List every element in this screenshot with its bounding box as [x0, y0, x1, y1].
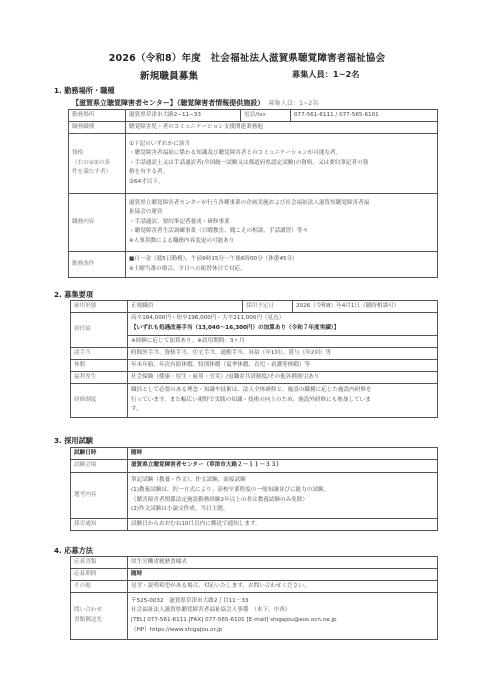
holiday-value: 年末年始、年次有給休暇、特別休暇（夏季休暇、育児・看護等休暇）等 [128, 360, 438, 372]
phone-value: 077-561-6111 / 077-565-6101 [291, 110, 438, 122]
other-label: その他 [71, 581, 128, 593]
contact-tel-email[interactable]: [TEL] 077-561-6111 [FAX] 077-565-6101 [E… [131, 616, 434, 626]
welfare-value: 社会保険（健康・厚生・雇用・労災）/退職金共済制度/その他各種割引あり [128, 372, 438, 384]
section-2-table: 雇用形態 正規職員 採用予定日 2026（令和8）年4月1日（随時相談可） 初任… [70, 300, 438, 418]
section-1-heading: 1. 勤務場所・職種 [54, 86, 115, 96]
page-subtitle: 新規職員募集 [140, 68, 198, 82]
contact-value: 〒525-0032 滋賀県草津市大路2丁目11－33 社会福祉法人滋賀県聴覚障害… [128, 593, 438, 640]
documents-value: 厚生労働省履歴書様式 [128, 557, 438, 569]
section-2-heading: 2. 募集要項 [54, 290, 93, 300]
recruit-count: 募集人員：1~2名 [292, 69, 360, 80]
salary-note: ※経験に応じて加算あり。※試用期間：3ヶ月 [128, 336, 438, 348]
employment-label: 雇用形態 [71, 301, 128, 313]
conditions-value: ■月～金（週5日勤務）、午前9時15分～午後6時00分（休憩45分） ※土曜当番… [126, 252, 438, 278]
documents-label: 応募書類 [71, 557, 128, 569]
allowance-label: 諸手当 [71, 348, 128, 360]
employment-value: 正規職員 [128, 301, 243, 313]
job-label: 職務職種 [69, 122, 126, 134]
other-value: 見学・説明希望がある場合、対応いたします。お問い合わせください。 [128, 581, 438, 593]
notice-value: 試験日からおおむね10日以内に郵送で通知します。 [128, 519, 438, 531]
duty-label: 職務内容 [69, 194, 126, 252]
notice-label: 採否通知 [71, 519, 128, 531]
section-3-heading: 3. 採用試験 [54, 436, 93, 446]
period-value: 随時 [128, 569, 438, 581]
facility-count: 募集人員：1~2名 [268, 100, 318, 107]
qualification-value: ①下記のいずれかに該当 ・聴覚障害者福祉に係わる知識及び聴覚障害者とのコミュニケ… [126, 134, 438, 194]
qualification-label: 資格 （右の①②の条 件を満たす者） [69, 134, 126, 194]
period-label: 応募期間 [71, 569, 128, 581]
duty-value: 滋賀県立聴覚障害者センターが行う各種事業の企画実施および社会福祉法人滋賀県聴覚障… [126, 194, 438, 252]
location-value: 滋賀県草津市大路2−11−33 [126, 110, 241, 122]
section-1-table: 勤務場所 滋賀県草津市大路2−11−33 電話/fax 077-561-6111… [68, 109, 438, 278]
phone-label: 電話/fax [241, 110, 291, 122]
facility-name: 【滋賀県立聴覚障害者センター】（聴覚障害者情報提供施設） [72, 99, 264, 107]
section-4-heading: 4. 応募方法 [54, 546, 93, 556]
salary-value: 高卒184,000円・短卒196,000円・大卒211,000円（見込） 【いず… [128, 313, 438, 336]
facility-heading: 【滋賀県立聴覚障害者センター】（聴覚障害者情報提供施設）募集人員：1~2名 [72, 98, 318, 108]
selection-label: 選考内容 [71, 473, 128, 519]
start-date-label: 採用予定日 [243, 301, 293, 313]
holiday-label: 休暇 [71, 360, 128, 372]
exam-date-label: 試験日時 [71, 448, 128, 460]
exam-date-value: 随時 [128, 448, 438, 460]
homepage-link[interactable]: （HP）https://www.shigajou.or.jp [131, 626, 434, 636]
job-value: 聴覚障害児・者のコミュニケーション支援関連業務他 [126, 122, 438, 134]
exam-venue-label: 試験会場 [71, 460, 128, 473]
location-label: 勤務場所 [69, 110, 126, 122]
page-title: 2026（令和8）年度 社会福祉法人滋賀県聴覚障害者福祉協会 [0, 50, 494, 64]
exam-venue-value: 滋賀県立聴覚障害者センター（草津市大路２－１１－３３） [128, 460, 438, 473]
section-3-table: 試験日時 随時 試験会場 滋賀県立聴覚障害者センター（草津市大路２－１１－３３）… [70, 447, 438, 531]
welfare-label: 福利厚生 [71, 372, 128, 384]
start-date-value: 2026（令和8）年4月1日（随時相談可） [293, 301, 438, 313]
conditions-label: 勤務条件 [69, 252, 126, 278]
contact-label: 問い合わせ 書類郵送先 [71, 593, 128, 640]
training-label: 研修制度 [71, 384, 128, 418]
allowance-value: 時間外手当、資格手当、住宅手当、通勤手当、昇給（年1回）、賞与（年2回）等 [128, 348, 438, 360]
selection-value: 筆記試験（教養・作文）、作文試験、面接試験 (1)教養試験は、択一方式により、高… [128, 473, 438, 519]
section-4-table: 応募書類 厚生労働省履歴書様式 応募期間 随時 その他 見学・説明希望がある場合… [70, 556, 438, 640]
salary-label: 初任給 [71, 313, 128, 348]
training-value: 職員として必要のある理念・知識や技術は、法人全体研修と、施設の職種に応じた施設内… [128, 384, 438, 418]
